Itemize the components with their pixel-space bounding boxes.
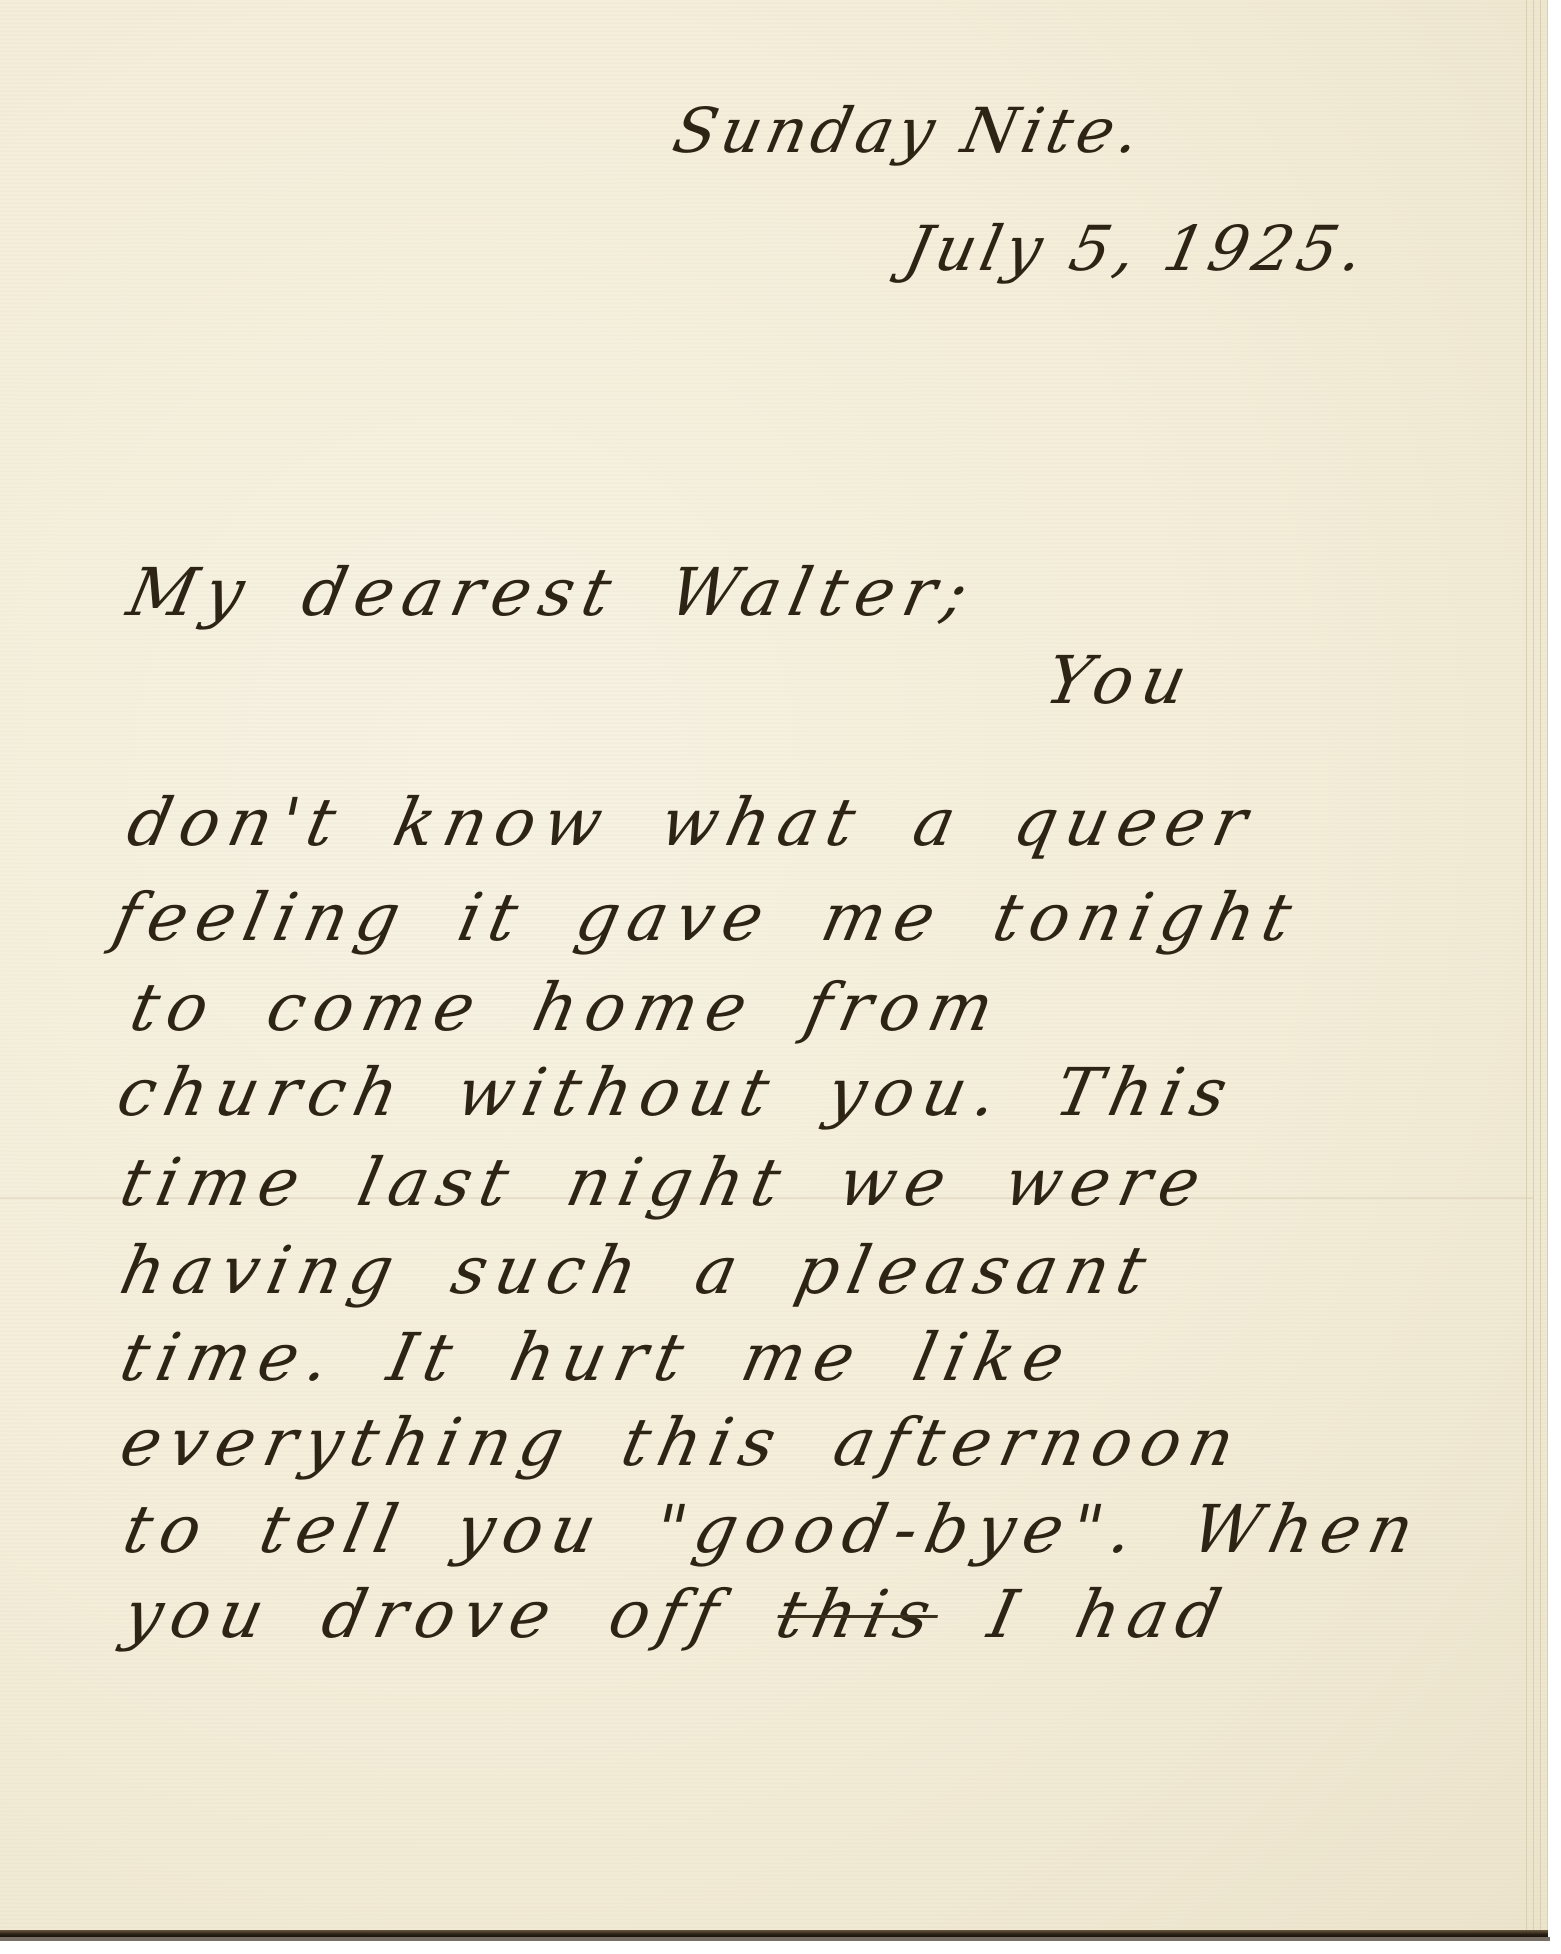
salutation: My dearest Walter; <box>122 560 982 626</box>
body-line: time. It hurt me like <box>115 1325 1079 1391</box>
last-line-end: I had <box>982 1576 1237 1653</box>
letter-date: July 5, 1925. <box>900 218 1374 280</box>
page-edge-line <box>1526 0 1527 1936</box>
page-bottom-shadow <box>0 1937 1550 1941</box>
body-line: time last night we were <box>115 1150 1215 1216</box>
body-line: to tell you "good-bye". When <box>118 1497 1428 1563</box>
letter-page: Sunday Nite. July 5, 1925. My dearest Wa… <box>0 0 1548 1936</box>
page-edge-line <box>1547 0 1548 1936</box>
body-line: having such a pleasant <box>115 1238 1160 1304</box>
struck-word: this <box>770 1576 946 1653</box>
page-edge-line <box>1540 0 1541 1936</box>
body-line-last: you drove off this I had <box>118 1582 1235 1648</box>
body-line: church without you. This <box>112 1060 1241 1126</box>
letter-day: Sunday Nite. <box>668 100 1150 162</box>
page-edge-line <box>1533 0 1534 1936</box>
body-line: to come home from <box>125 975 1008 1041</box>
body-line: don't know what a queer <box>122 790 1261 856</box>
body-line: everything this afternoon <box>115 1410 1249 1476</box>
body-line: feeling it gave me tonight <box>108 885 1306 951</box>
last-line-start: you drove off <box>117 1576 734 1653</box>
body-line: You <box>1040 648 1201 714</box>
page-bottom-edge <box>0 1930 1548 1937</box>
